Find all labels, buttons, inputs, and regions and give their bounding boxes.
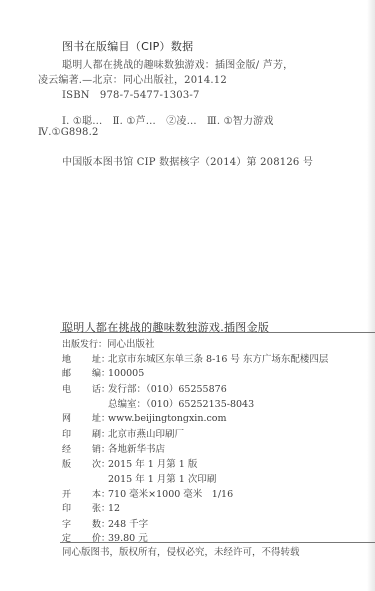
info-label: 经销： bbox=[62, 442, 108, 455]
info-label: 电话： bbox=[62, 382, 108, 395]
info-value: 发行部：（010）65255876 bbox=[108, 381, 227, 395]
footer-rule bbox=[60, 542, 375, 543]
info-label: 印张： bbox=[62, 501, 108, 514]
title-rule bbox=[60, 332, 375, 333]
info-label bbox=[62, 475, 108, 485]
info-label: 出版发行： bbox=[62, 337, 107, 350]
cip-description-line-1: 聪明人都在挑战的趣味数独游戏：插图金版/ 芦芳， bbox=[62, 56, 293, 71]
info-value: 同心出版社 bbox=[107, 336, 155, 350]
info-row-phone-2: 总编室：（010）65252135-8043 bbox=[62, 396, 254, 410]
info-value: 北京市燕山印刷厂 bbox=[108, 426, 184, 440]
info-row-address: 地址：北京市东城区东单三条 8-16 号 东方广场东配楼四层 bbox=[62, 351, 328, 365]
info-label: 邮编： bbox=[62, 366, 108, 379]
info-label: 地址： bbox=[62, 352, 108, 365]
cip-isbn: ISBN 978-7-5477-1303-7 bbox=[62, 86, 200, 101]
info-label: 字数： bbox=[62, 517, 108, 530]
info-row-phone: 电话：发行部：（010）65255876 bbox=[62, 381, 227, 395]
website-link: www.beijingtongxin.com bbox=[108, 413, 227, 424]
info-row-postcode: 邮编：100005 bbox=[62, 366, 144, 379]
info-row-format: 开本：710 毫米×1000 毫米 1/16 bbox=[62, 486, 233, 500]
info-label bbox=[62, 400, 108, 410]
info-value: 248 千字 bbox=[108, 516, 148, 530]
info-row-distributor: 经销：各地新华书店 bbox=[62, 441, 165, 455]
info-value: 北京市东城区东单三条 8-16 号 东方广场东配楼四层 bbox=[108, 351, 328, 365]
info-row-publisher: 出版发行：同心出版社 bbox=[62, 336, 155, 350]
cip-heading: 图书在版编目（CIP）数据 bbox=[62, 38, 193, 54]
cip-classification-line-1: Ⅰ. ①聪… Ⅱ. ①芦… ②凌… Ⅲ. ①智力游戏 bbox=[62, 112, 274, 127]
info-value: 各地新华书店 bbox=[108, 441, 165, 455]
info-row-printer: 印刷：北京市燕山印刷厂 bbox=[62, 426, 184, 440]
copyright-notice: 同心版图书，版权所有，侵权必究，未经许可，不得转载 bbox=[62, 544, 300, 558]
info-value: 2015 年 1 月第 1 版 bbox=[108, 456, 197, 470]
info-row-word-count: 字数：248 千字 bbox=[62, 516, 148, 530]
info-row-edition: 版次：2015 年 1 月第 1 版 bbox=[62, 456, 197, 470]
info-label: 印刷： bbox=[62, 427, 108, 440]
info-label: 开本： bbox=[62, 487, 108, 500]
info-row-printing: 2015 年 1 月第 1 次印刷 bbox=[62, 471, 216, 485]
info-value: 总编室：（010）65252135-8043 bbox=[108, 396, 254, 410]
page-edge-shadow bbox=[367, 0, 375, 591]
cip-record-number: 中国版本图书馆 CIP 数据核字（2014）第 208126 号 bbox=[62, 153, 313, 168]
cip-description-line-2: 凌云编著.—北京：同心出版社，2014.12 bbox=[38, 71, 227, 86]
info-row-website: 网址： www.beijingtongxin.com bbox=[62, 411, 227, 424]
cip-classification-line-2: Ⅳ.①G898.2 bbox=[38, 127, 99, 138]
info-value: 100005 bbox=[108, 368, 144, 379]
info-row-sheets: 印张：12 bbox=[62, 501, 120, 514]
info-label: 版次： bbox=[62, 457, 108, 470]
info-value: 12 bbox=[108, 503, 120, 514]
info-label: 网址： bbox=[62, 411, 108, 424]
info-value: 710 毫米×1000 毫米 1/16 bbox=[108, 486, 233, 500]
info-value: 2015 年 1 月第 1 次印刷 bbox=[108, 471, 216, 485]
